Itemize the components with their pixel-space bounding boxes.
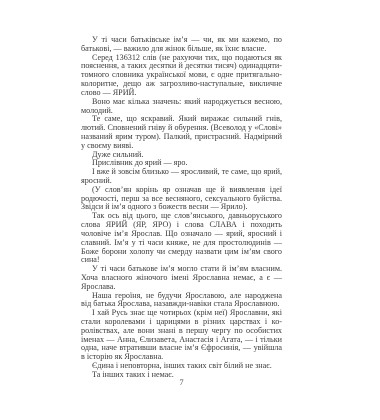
- paragraph: У ті часи батьківське ім’я — чи, як ми к…: [81, 36, 282, 54]
- text-column: У ті часи батьківське ім’я — чи, як ми к…: [81, 36, 282, 380]
- paragraph: Те саме, що яскравий. Який виражає сильн…: [81, 115, 282, 150]
- paragraph: Серед 136312 слів (не рахуючи тих, що по…: [81, 54, 282, 98]
- paragraph: І хай Русь знає ще чотирьох (крім неї) Я…: [81, 309, 282, 362]
- paragraph: Воно має кілька значень: який народжуєть…: [81, 98, 282, 116]
- paragraph: Так ось від цього, ще слов’янського, дав…: [81, 212, 282, 265]
- paragraph: (У слов’ян корінь яр означав ще й виявле…: [81, 186, 282, 212]
- book-page: У ті часи батьківське ім’я — чи, як ми к…: [0, 0, 380, 420]
- paragraph: І вже й зовсім близько — яросливий, те с…: [81, 168, 282, 186]
- page-number: 7: [81, 377, 282, 387]
- paragraph: Наша героїня, не будучи Ярославою, але н…: [81, 292, 282, 310]
- paragraph: У ті часи батькове ім’я могло стати й ім…: [81, 265, 282, 291]
